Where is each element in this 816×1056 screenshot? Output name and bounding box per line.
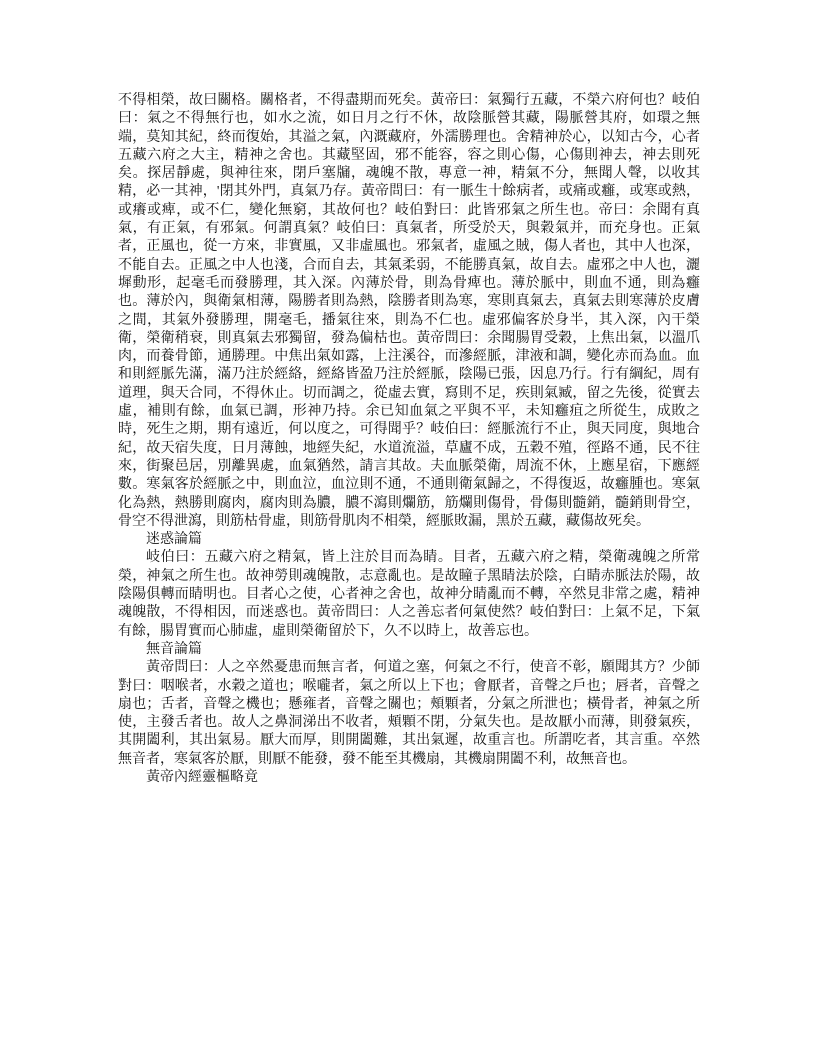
paragraph-body-continuation: 不得相榮，故曰關格。關格者，不得盡期而死矣。黃帝曰：氣獨行五藏，不榮六府何也？岐… (118, 92, 700, 531)
document-body: 不得相榮，故曰關格。關格者，不得盡期而死矣。黃帝曰：氣獨行五藏，不榮六府何也？岐… (118, 92, 700, 787)
document-page: 不得相榮，故曰關格。關格者，不得盡期而死矣。黃帝曰：氣獨行五藏，不榮六府何也？岐… (0, 0, 816, 1056)
section-heading-wuyin-lunpian: 無音論篇 (118, 641, 700, 659)
paragraph-mihuo-body: 岐伯曰：五藏六府之精氣，皆上注於目而為睛。目者，五藏六府之精，榮衛魂魄之所常榮，… (118, 549, 700, 640)
section-heading-mihuo-lunpian: 迷惑論篇 (118, 531, 700, 549)
document-ending-line: 黃帝內經靈樞略竟 (118, 769, 700, 787)
paragraph-wuyin-body: 黃帝問曰：人之卒然憂患而無言者，何道之塞，何氣之不行，使音不彰，願聞其方？少師對… (118, 659, 700, 769)
